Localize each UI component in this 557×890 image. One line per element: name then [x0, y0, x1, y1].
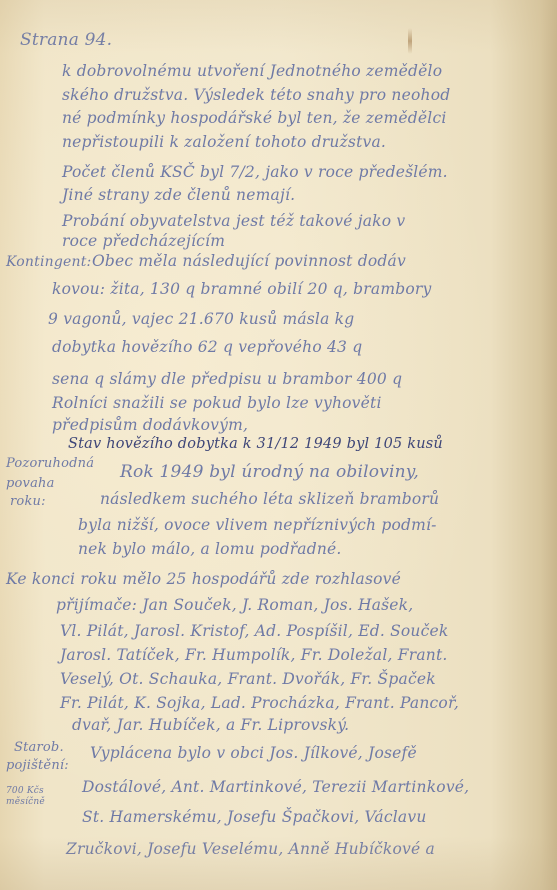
text-line: St. Hamerskému, Josefu Špačkovi, Václavu [82, 808, 427, 826]
text-line: 9 vagonů, vajec 21.670 kusů másla kg [48, 310, 354, 328]
text-line: Rok 1949 byl úrodný na obiloviny, [120, 462, 419, 482]
handwritten-chronicle-page: Strana 94. k dobrovolnému utvoření Jedno… [0, 0, 557, 890]
text-line: následkem suchého léta sklizeň bramborů [100, 490, 439, 508]
text-line: Obec měla následující povinnost dodáv [92, 252, 406, 270]
text-line: Dostálové, Ant. Martinkové, Terezii Mart… [82, 778, 469, 796]
margin-label-line: Starob. [14, 740, 64, 755]
text-line: né podmínky hospodářské byl ten, že země… [62, 109, 446, 127]
text-line: byla nižší, ovoce vlivem nepříznivých po… [78, 516, 437, 534]
text-line: přijímače: Jan Souček, J. Roman, Jos. Ha… [56, 596, 413, 614]
margin-label-kontingent: Kontingent: [6, 254, 91, 270]
margin-label-line: Pozoruhodná [6, 456, 94, 471]
text-line: nepřistoupili k založení tohoto družstva… [62, 133, 386, 151]
text-line: Ke konci roku mělo 25 hospodářů zde rozh… [6, 570, 401, 588]
text-line: Počet členů KSČ byl 7/2, jako v roce pře… [62, 163, 448, 181]
text-line: k dobrovolnému utvoření Jednotného zeměd… [62, 62, 442, 80]
text-line: Veselý, Ot. Schauka, Frant. Dvořák, Fr. … [60, 670, 436, 688]
page-header: Strana 94. [20, 30, 112, 50]
text-line: Jiné strany zde členů nemají. [62, 186, 295, 204]
text-line: sena q slámy dle předpisu u brambor 400 … [52, 370, 402, 388]
text-line: dobytka hovězího 62 q vepřového 43 q [52, 338, 362, 356]
text-line: Zručkovi, Josefu Veselému, Anně Hubíčkov… [66, 840, 435, 858]
text-line: Probání obyvatelstva jest též takové jak… [62, 212, 405, 230]
text-line: dvař, Jar. Hubíček, a Fr. Liprovský. [72, 716, 349, 734]
margin-label-line: povaha [6, 476, 55, 491]
text-line: předpisům dodávkovým, [52, 416, 248, 434]
text-line: nek bylo málo, a lomu podřadné. [78, 540, 342, 558]
text-line: Jarosl. Tatíček, Fr. Humpolík, Fr. Dolež… [60, 646, 448, 664]
margin-label-line: pojištění: [6, 758, 69, 773]
text-line: kovou: žita, 130 q bramné obilí 20 q, br… [52, 280, 431, 298]
text-line: Vyplácena bylo v obci Jos. Jílkové, Jose… [90, 744, 417, 762]
text-line: Vl. Pilát, Jarosl. Kristof, Ad. Pospíšil… [60, 622, 448, 640]
text-line: ského družstva. Výsledek této snahy pro … [62, 86, 450, 104]
paper-stain [408, 28, 412, 54]
text-line: Rolníci snažili se pokud bylo lze vyhově… [52, 394, 382, 412]
text-line: Fr. Pilát, K. Sojka, Lad. Procházka, Fra… [60, 694, 459, 712]
margin-label-line: roku: [10, 494, 46, 509]
text-line-cattle-count: Stav hovězího dobytka k 31/12 1949 byl 1… [68, 436, 443, 452]
margin-note-line: měsíčně [6, 797, 45, 807]
text-line: roce předcházejícím [62, 232, 225, 250]
margin-note-line: 700 Kčs [6, 786, 44, 796]
